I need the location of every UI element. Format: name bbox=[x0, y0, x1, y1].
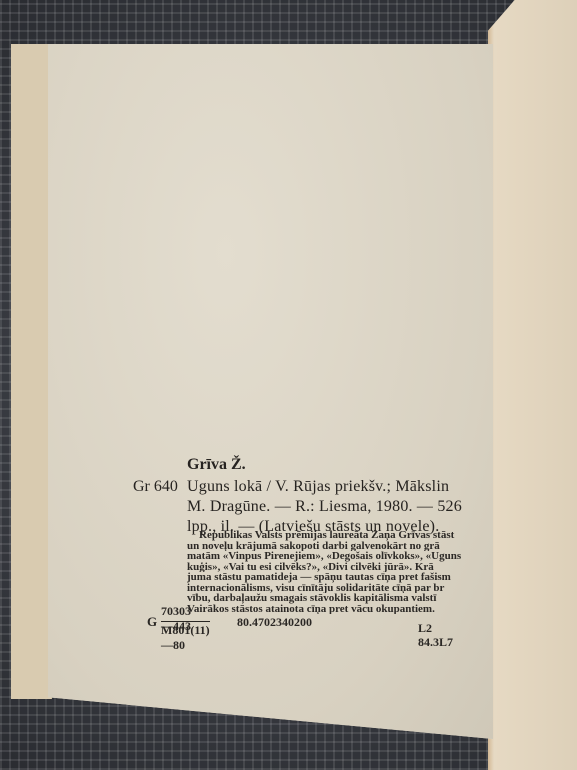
annotation-line: kuģis», «Vai tu esi cilvēks?», «Divi cil… bbox=[187, 562, 490, 573]
code-denominator: M801(11)—80 bbox=[161, 621, 210, 653]
annotation: Republikas Valsts prēmijas laureāta Žaņa… bbox=[187, 530, 490, 614]
facing-page bbox=[488, 0, 577, 770]
code-number: 80.4702340200 bbox=[237, 615, 312, 630]
title-line-2: M. Dragūne. — R.: Liesma, 1980. — 526 bbox=[187, 498, 490, 516]
annotation-line: juma stāstu pamatideja — spāņu tautas cī… bbox=[187, 572, 490, 583]
code-prefix: G bbox=[147, 614, 157, 630]
annotation-line: Vairākos stāstos atainota cīņa pret vācu… bbox=[187, 604, 490, 615]
annotation-line: vību, darbaļaužu smagais stāvoklis kapit… bbox=[187, 593, 490, 604]
author-heading: Grīva Ž. bbox=[187, 456, 246, 474]
classification-1: L2 bbox=[418, 621, 432, 636]
annotation-line: internacionālisms, visu cīnītāju solidar… bbox=[187, 583, 490, 594]
classification-2: 84.3L7 bbox=[418, 635, 453, 650]
annotation-line: matām «Vinpus Pirenejiem», «Degošais olī… bbox=[187, 551, 490, 562]
title-line-1: Uguns lokā / V. Rūjas priekšv.; Mākslin bbox=[187, 478, 490, 496]
annotation-line: un noveļu krājumā sakopoti darbi galveno… bbox=[187, 541, 490, 552]
book-flyleaf-edge bbox=[11, 44, 52, 699]
shelf-mark: Gr 640 bbox=[133, 478, 178, 496]
annotation-line: Republikas Valsts prēmijas laureāta Žaņa… bbox=[187, 530, 490, 541]
